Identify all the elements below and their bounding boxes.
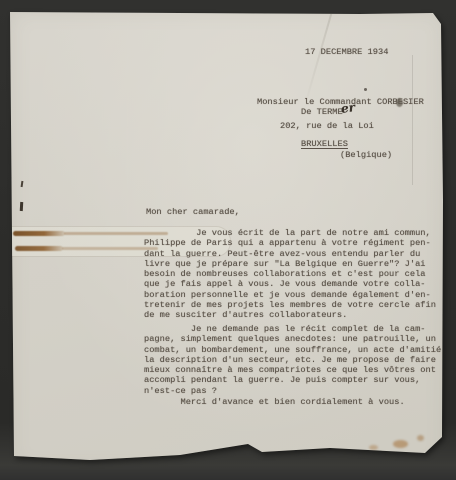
corner-stain	[369, 445, 378, 450]
rust-stain	[13, 231, 65, 236]
letter-paper: 17 DECEMBRE 1934 Monsieur le Commandant …	[0, 0, 456, 480]
salutation: Mon cher camarade,	[146, 207, 240, 217]
corner-stain	[417, 435, 424, 441]
letter-date: 17 DECEMBRE 1934	[305, 47, 388, 57]
paper-shadow-wrap: 17 DECEMBRE 1934 Monsieur le Commandant …	[0, 0, 456, 480]
handwritten-correction: er	[340, 100, 356, 116]
fold-crease-mark	[303, 12, 332, 109]
fold-crease-mark	[412, 55, 413, 185]
recipient-country: (Belgique)	[340, 150, 392, 160]
recipient-city: BRUXELLES	[301, 139, 348, 149]
corner-stain	[393, 440, 408, 448]
recipient-street: 202, rue de la Loi	[280, 121, 374, 131]
ink-edge-mark	[21, 181, 24, 187]
letter-paragraph-1: Je vous écrit de la part de notre ami co…	[144, 228, 436, 321]
ink-dot-mark	[364, 88, 367, 91]
scan-background: 17 DECEMBRE 1934 Monsieur le Commandant …	[0, 0, 456, 480]
letter-closing: Merci d'avance et bien cordialement à vo…	[144, 397, 405, 407]
recipient-name-line2: De TERME	[301, 107, 343, 117]
rust-stain	[15, 246, 63, 251]
ink-edge-mark	[20, 202, 23, 211]
letter-paragraph-2: Je ne demande pas le récit complet de la…	[144, 324, 441, 396]
